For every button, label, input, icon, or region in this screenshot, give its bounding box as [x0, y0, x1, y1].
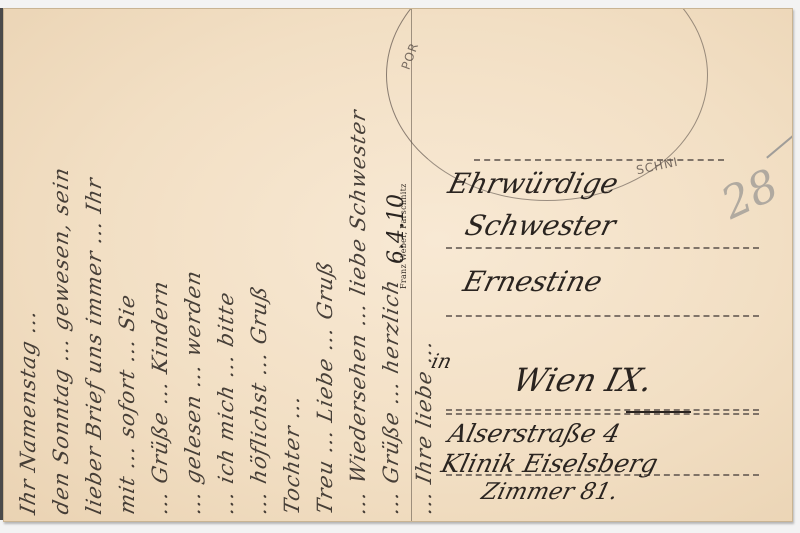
address-line-2: Ernestine	[460, 265, 606, 298]
address-rule-1	[474, 159, 724, 161]
address-line-1: Schwester	[462, 209, 619, 242]
message-line: ... Grüße ... Kindern	[144, 20, 177, 517]
address-room: Zimmer 81.	[479, 479, 621, 505]
pencil-stroke	[766, 131, 793, 158]
message-line: mit ... sofort ... Sie	[111, 20, 144, 517]
handwritten-message: Ihr Namenstag ... den Sonntag ... gewese…	[12, 24, 402, 514]
message-line: Tochter ...	[276, 20, 309, 517]
message-line: ... ich mich ... bitte	[210, 20, 243, 517]
address-rule-4b	[446, 413, 759, 415]
message-line: ... gelesen ... werden	[177, 20, 210, 517]
message-line: ... Grüße ... herzlich	[375, 20, 408, 517]
message-line: ... höflichst ... Gruß	[243, 20, 276, 517]
city-underline	[626, 411, 691, 413]
address-salutation: Ehrwürdige	[445, 167, 622, 200]
message-line: Treu ... Liebe ... Gruß	[309, 20, 342, 517]
address-rule-4	[446, 409, 759, 411]
address-rule-2	[446, 247, 759, 249]
message-line: lieber Brief uns immer ... Ihr	[78, 20, 111, 517]
address-city: Wien IX.	[509, 361, 656, 399]
message-line: den Sonntag ... gewesen, sein	[45, 20, 78, 517]
address-street: Alserstraße 4	[445, 419, 623, 448]
address-extra: Klinik Eiselsberg	[438, 449, 661, 478]
pencil-annotation: 28	[714, 160, 786, 230]
address-rule-3	[446, 315, 759, 317]
message-line: ... Wiedersehen ... liebe Schwester	[342, 20, 375, 517]
postcard: POR SCHNI Franz Weber, Parschnitz 6.4.10…	[3, 8, 793, 522]
message-line: ... Ihre liebe ...	[408, 20, 441, 517]
message-line: Ihr Namenstag ...	[12, 20, 45, 517]
